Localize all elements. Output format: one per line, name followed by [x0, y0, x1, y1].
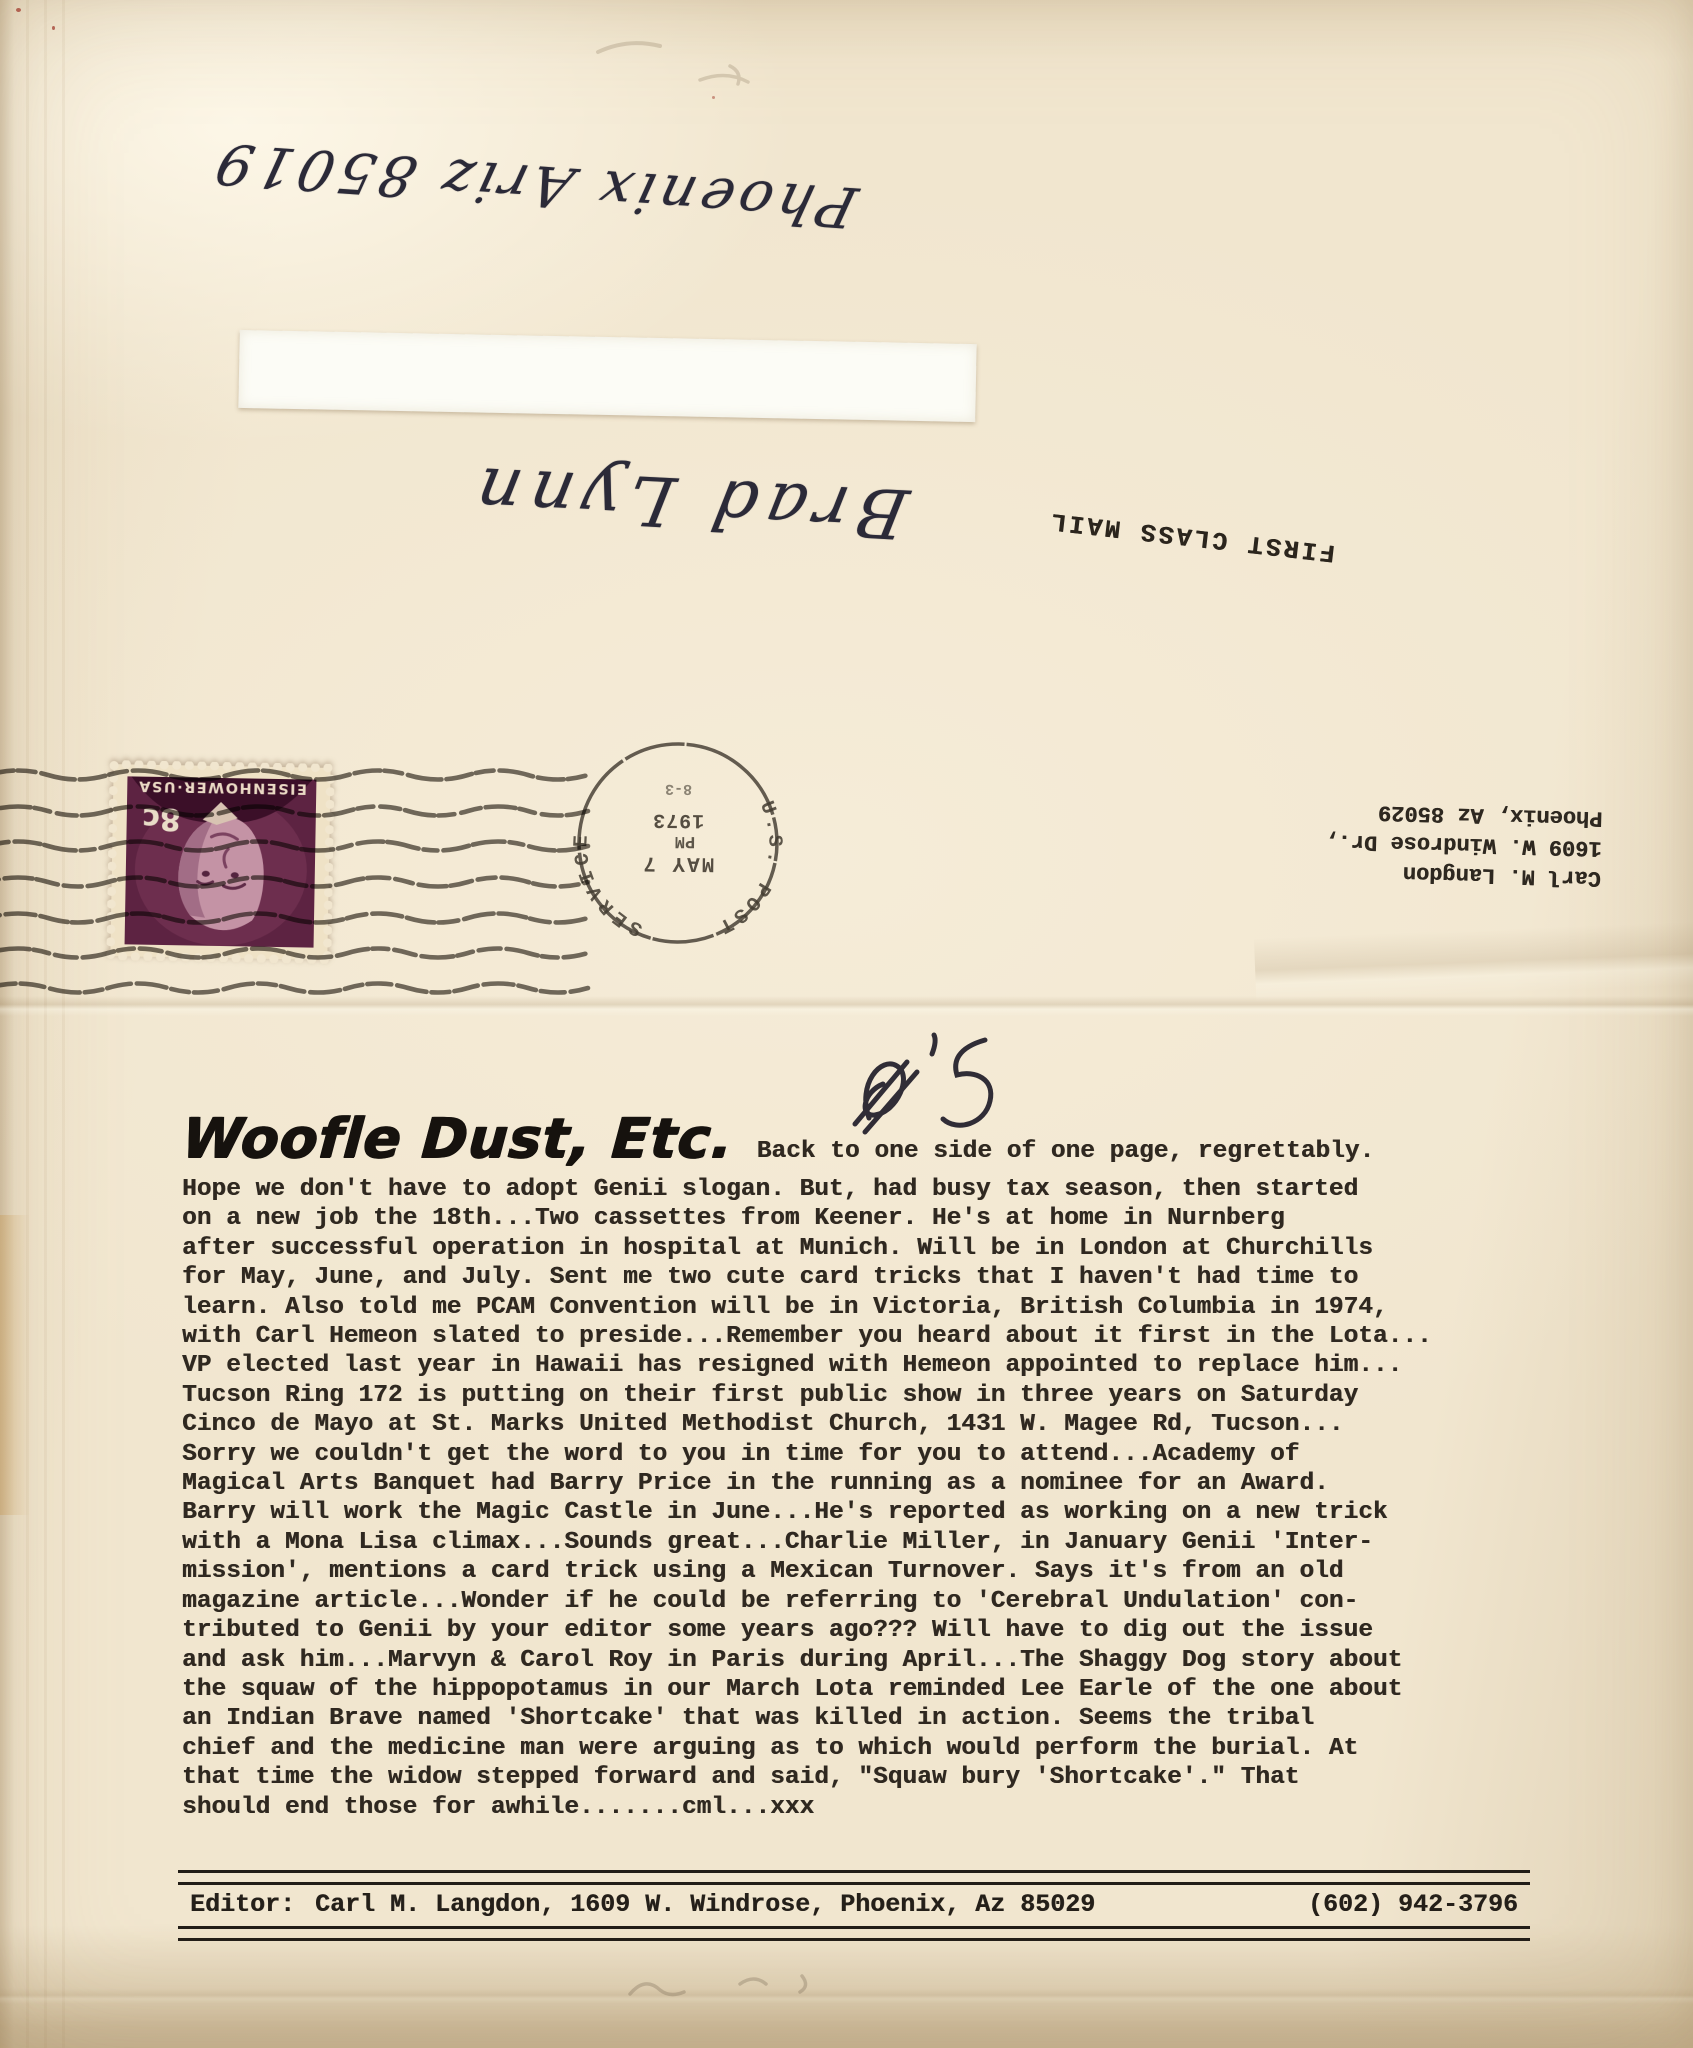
- editor-row: Editor: Carl M. Langdon, 1609 W. Windros…: [178, 1885, 1530, 1926]
- address-label-blank: [238, 330, 976, 422]
- double-rule-bottom: [178, 1926, 1530, 1941]
- paper-speck: [52, 26, 55, 30]
- paper-rust-stain: [0, 1215, 30, 1515]
- double-rule-top: [178, 1870, 1530, 1885]
- return-address: Carl M. Langdon 1609 W. Windrose Dr., Ph…: [1261, 794, 1603, 893]
- newsletter-title-row: Woofle Dust, Etc. Back to one side of on…: [182, 1106, 1527, 1170]
- faint-scratch-marks-top: [580, 22, 800, 112]
- paper-speck: [16, 8, 21, 12]
- editor-address: Carl M. Langdon, 1609 W. Windrose, Phoen…: [315, 1890, 1308, 1919]
- editor-label: Editor:: [190, 1890, 295, 1919]
- editor-phone: (602) 942-3796: [1308, 1890, 1518, 1919]
- paper-crease-streaks-left: [26, 0, 78, 2048]
- paper-left-edge-shadow: [0, 0, 14, 2048]
- newsletter-body: Hope we don't have to adopt Genii slogan…: [182, 1175, 1527, 1822]
- cancellation-wave-lines: [0, 752, 688, 1022]
- editor-bar: Editor: Carl M. Langdon, 1609 W. Windros…: [178, 1870, 1530, 1941]
- handwritten-city-zip: Phoenix Ariz 85019: [205, 130, 864, 239]
- faint-pencil-marks-bottom: [620, 1952, 850, 2012]
- first-class-mail-marking: FIRST CLASS MAIL: [1047, 506, 1336, 567]
- newsletter-title: Woofle Dust, Etc.: [180, 1106, 735, 1170]
- newsletter: Woofle Dust, Etc. Back to one side of on…: [182, 1106, 1527, 1822]
- scanned-mail-newsletter: Phoenix Ariz 85019 Brad Lynn FIRST CLASS…: [0, 0, 1693, 2048]
- fold-wrinkle-right: [1254, 922, 1693, 1003]
- newsletter-intro: Back to one side of one page, regrettabl…: [757, 1138, 1375, 1165]
- handwritten-name: Brad Lynn: [461, 451, 915, 552]
